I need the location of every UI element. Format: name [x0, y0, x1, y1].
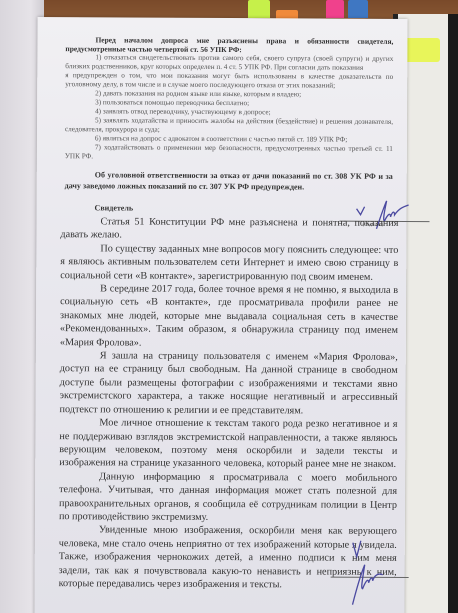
pink-tab: [326, 0, 344, 18]
paragraph: По существу заданных мне вопросов могу п…: [60, 242, 398, 284]
liability-warning: Об уголовной ответственности за отказ от…: [65, 169, 393, 193]
paragraph: Мое личное отношение к текстам такого ро…: [59, 416, 397, 471]
paragraph: Статья 51 Конституции РФ мне разъяснена …: [60, 215, 398, 244]
rights-title: Перед началом допроса мне разъяснены пра…: [65, 35, 393, 55]
right-item: 1) отказаться свидетельствовать против с…: [65, 53, 393, 73]
paragraph: Данную информацию я просматривала с моег…: [59, 470, 397, 525]
rights-header: Перед началом допроса мне разъяснены пра…: [64, 35, 393, 225]
right-item: 5) заявлять ходатайства и приносить жало…: [65, 116, 393, 136]
right-item: я предупрежден о том, что мои показания …: [65, 71, 393, 91]
paragraph: Я зашла на страницу пользователя с имене…: [59, 349, 397, 418]
blue-tab: [348, 0, 368, 18]
sticky-note: [404, 38, 440, 62]
bottom-signature-icon: [334, 539, 394, 609]
paragraph: В середине 2017 года, более точное время…: [60, 282, 398, 351]
green-tab: [248, 0, 270, 18]
testimony-body: Статья 51 Конституции РФ мне разъяснена …: [59, 215, 399, 592]
witness-label: Свидетель: [95, 203, 134, 212]
document-page: Перед началом допроса мне разъяснены пра…: [34, 17, 407, 613]
folder-edge: [448, 14, 458, 613]
right-item: 7) ходатайствовать о применении мер безо…: [65, 143, 393, 163]
